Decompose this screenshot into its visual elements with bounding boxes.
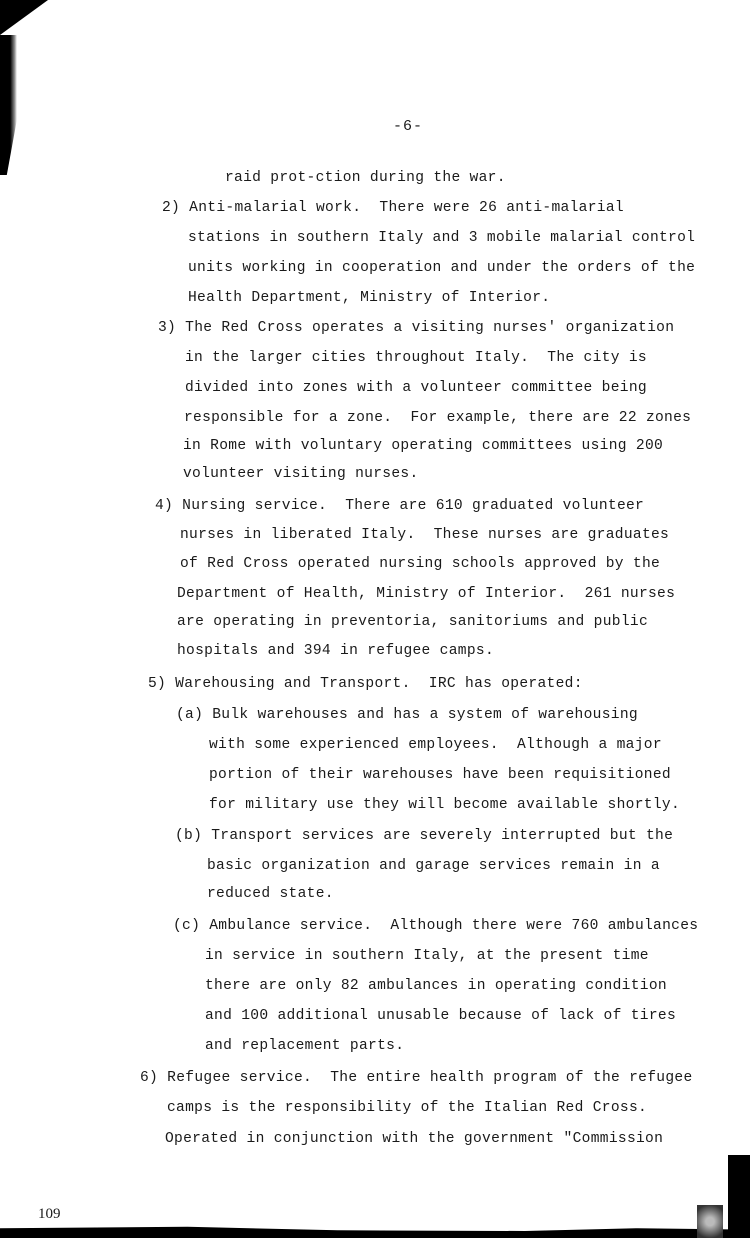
text-line: are operating in preventoria, sanitorium…: [177, 614, 648, 630]
text-line: of Red Cross operated nursing schools ap…: [180, 556, 660, 572]
text-line: in the larger cities throughout Italy. T…: [185, 350, 647, 366]
text-line: and 100 additional unusable because of l…: [205, 1008, 676, 1024]
scan-edge-right: [728, 1155, 750, 1238]
text-line: (a) Bulk warehouses and has a system of …: [176, 707, 638, 723]
text-line: nurses in liberated Italy. These nurses …: [180, 527, 669, 543]
text-line: in service in southern Italy, at the pre…: [205, 948, 649, 964]
page-number: -6-: [393, 118, 423, 135]
text-line: basic organization and garage services r…: [207, 858, 660, 874]
text-line: (c) Ambulance service. Although there we…: [173, 918, 698, 934]
scan-edge-top-left: [0, 0, 48, 35]
text-line: units working in cooperation and under t…: [188, 260, 695, 276]
text-line: Department of Health, Ministry of Interi…: [177, 586, 675, 602]
text-line: stations in southern Italy and 3 mobile …: [188, 230, 695, 246]
scan-smudge: [697, 1205, 723, 1238]
text-line: raid prot-ction during the war.: [225, 170, 506, 186]
text-line: Health Department, Ministry of Interior.: [188, 290, 550, 306]
text-line: volunteer visiting nurses.: [183, 466, 419, 482]
text-line: 2) Anti-malarial work. There were 26 ant…: [162, 200, 624, 216]
text-line: reduced state.: [207, 886, 334, 902]
text-line: portion of their warehouses have been re…: [209, 767, 671, 783]
text-line: 4) Nursing service. There are 610 gradua…: [155, 498, 644, 514]
scan-edge-left: [0, 35, 17, 175]
handwritten-margin-note: 109: [38, 1206, 61, 1223]
text-line: camps is the responsibility of the Itali…: [167, 1100, 647, 1116]
scan-edge-bottom: [0, 1224, 750, 1238]
text-line: responsible for a zone. For example, the…: [184, 410, 691, 426]
text-line: there are only 82 ambulances in operatin…: [205, 978, 667, 994]
text-line: 6) Refugee service. The entire health pr…: [140, 1070, 693, 1086]
text-line: with some experienced employees. Althoug…: [209, 737, 662, 753]
text-line: (b) Transport services are severely inte…: [175, 828, 673, 844]
text-line: in Rome with voluntary operating committ…: [183, 438, 663, 454]
text-line: 3) The Red Cross operates a visiting nur…: [158, 320, 674, 336]
text-line: 5) Warehousing and Transport. IRC has op…: [148, 676, 583, 692]
text-line: hospitals and 394 in refugee camps.: [177, 643, 494, 659]
text-line: Operated in conjunction with the governm…: [165, 1131, 663, 1147]
text-line: divided into zones with a volunteer comm…: [185, 380, 647, 396]
text-line: and replacement parts.: [205, 1038, 404, 1054]
text-line: for military use they will become availa…: [209, 797, 680, 813]
